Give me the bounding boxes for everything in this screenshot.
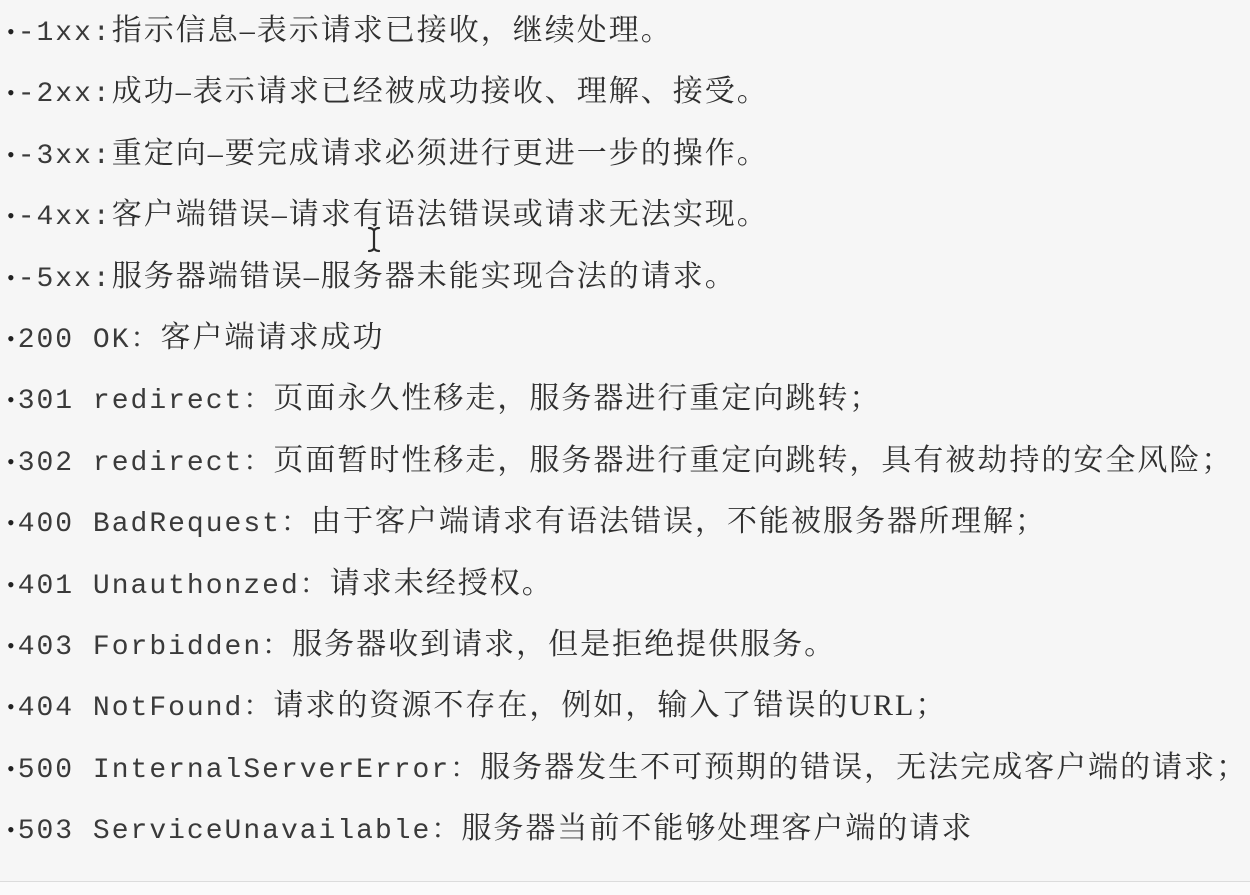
http-status-list: •-1xx:指示信息–表示请求已接收，继续处理。 •-2xx:成功–表示请求已经… [0,0,1248,859]
footer-area [0,882,1250,895]
bullet-icon: • [7,633,15,658]
status-desc: 页面永久性移走，服务器进行重定向跳转； [273,382,881,415]
status-desc: 服务器发生不可预期的错误，无法完成客户端的请求； [480,751,1248,784]
list-item: •-2xx:成功–表示请求已经被成功接收、理解、接受。 [7,61,1248,122]
bullet-icon: • [7,142,15,167]
status-desc: 重定向–要完成请求必须进行更进一步的操作。 [112,137,769,170]
bullet-icon: • [7,572,15,597]
status-desc: 成功–表示请求已经被成功接收、理解、接受。 [112,75,769,108]
status-code: 404 NotFound： [18,693,274,724]
status-code: 400 BadRequest： [18,509,311,540]
status-code: 403 Forbidden： [18,632,292,663]
bullet-icon: • [7,694,15,719]
bullet-icon: • [7,80,15,105]
list-item: •401 Unauthonzed：请求未经授权。 [7,553,1248,614]
status-code: -1xx: [18,18,112,49]
list-item: •200 OK：客户端请求成功 [7,307,1248,368]
bullet-icon: • [7,510,15,535]
list-item: •302 redirect：页面暂时性移走，服务器进行重定向跳转，具有被劫持的安… [7,430,1248,491]
status-desc: 由于客户端请求有语法错误，不能被服务器所理解； [311,505,1047,538]
list-item: •503 ServiceUnavailable：服务器当前不能够处理客户端的请求 [7,798,1248,859]
bullet-icon: • [7,203,15,228]
status-desc: 服务器收到请求，但是拒绝提供服务。 [292,628,836,661]
status-code: 200 OK： [18,325,161,356]
bullet-icon: • [7,326,15,351]
status-desc: 请求的资源不存在，例如，输入了错误的URL； [273,689,947,722]
list-item: •-5xx:服务器端错误–服务器未能实现合法的请求。 [7,246,1248,307]
bullet-icon: • [7,265,15,290]
list-item: •-4xx:客户端错误–请求有语法错误或请求无法实现。 [7,184,1248,245]
status-code: 302 redirect： [18,448,274,479]
status-code: 500 InternalServerError： [18,755,480,786]
status-code: -5xx: [18,264,112,295]
list-item: •404 NotFound：请求的资源不存在，例如，输入了错误的URL； [7,675,1248,736]
list-item: •500 InternalServerError：服务器发生不可预期的错误，无法… [7,737,1248,798]
list-item: •-1xx:指示信息–表示请求已接收，继续处理。 [7,0,1248,61]
bullet-icon: • [7,19,15,44]
status-code: -4xx: [18,202,112,233]
status-code: 301 redirect： [18,386,274,417]
status-code: -2xx: [18,79,112,110]
bullet-icon: • [7,449,15,474]
status-desc: 服务器端错误–服务器未能实现合法的请求。 [112,260,737,293]
list-item: •301 redirect：页面永久性移走，服务器进行重定向跳转； [7,368,1248,429]
status-code: -3xx: [18,141,112,172]
status-desc: 指示信息–表示请求已接收，继续处理。 [112,14,673,47]
list-item: •-3xx:重定向–要完成请求必须进行更进一步的操作。 [7,123,1248,184]
status-desc: 页面暂时性移走，服务器进行重定向跳转，具有被劫持的安全风险； [273,444,1233,477]
bullet-icon: • [7,817,15,842]
bullet-icon: • [7,387,15,412]
status-desc: 客户端错误–请求有语法错误或请求无法实现。 [112,198,769,231]
status-desc: 客户端请求成功 [161,321,385,354]
status-desc: 请求未经授权。 [330,567,554,600]
list-item: •400 BadRequest：由于客户端请求有语法错误，不能被服务器所理解； [7,491,1248,552]
status-code: 503 ServiceUnavailable： [18,816,462,847]
list-item: •403 Forbidden：服务器收到请求，但是拒绝提供服务。 [7,614,1248,675]
bullet-icon: • [7,756,15,781]
status-desc: 服务器当前不能够处理客户端的请求 [461,812,973,845]
status-code: 401 Unauthonzed： [18,571,330,602]
